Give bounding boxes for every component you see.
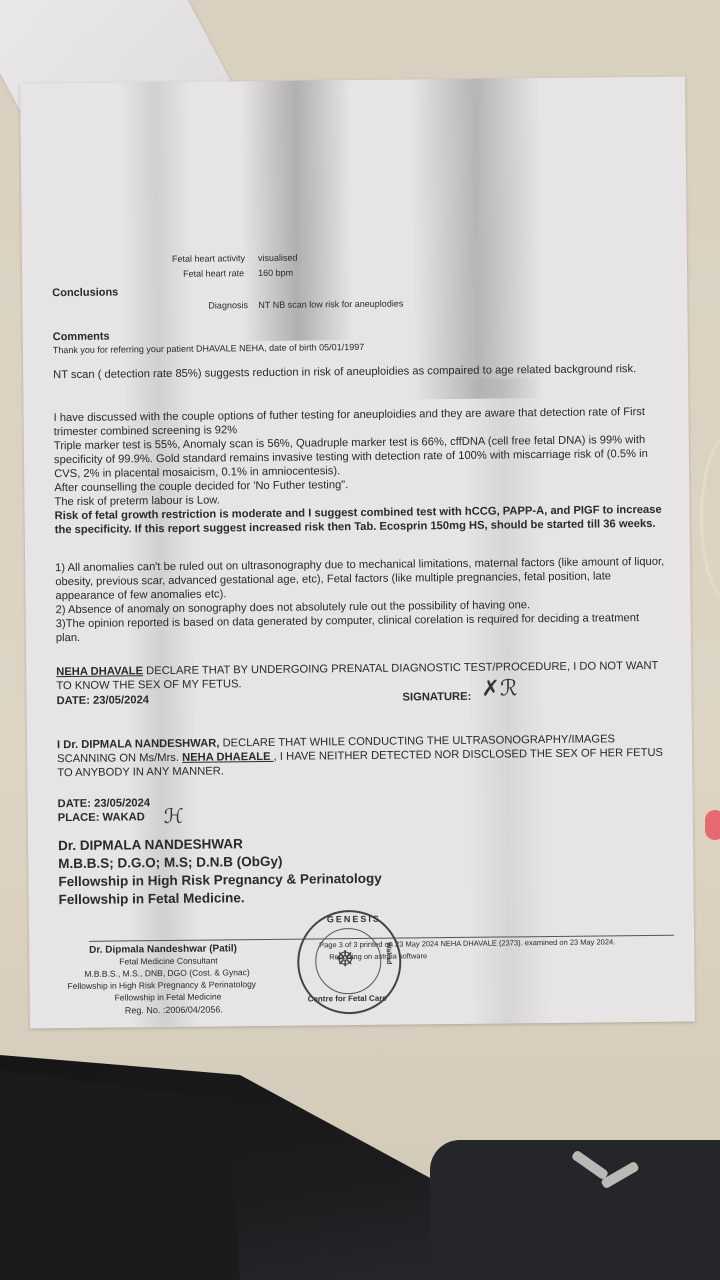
signature-label: SIGNATURE: [402,690,471,705]
report-page: Fetal heart activity visualised Fetal he… [20,77,695,1029]
zipper-pull [571,1149,610,1180]
doctor-declaration-date: DATE: 23/05/2024 [58,796,151,811]
doctor-declaration-prefix: I Dr. DIPMALA NANDESHWAR, [57,737,220,751]
patient-declaration-text: DECLARE THAT BY UNDERGOING PRENATAL DIAG… [56,660,658,692]
comments-heading: Comments [53,331,110,344]
fgr-paragraph: Risk of fetal growth restriction is mode… [55,503,665,537]
diagnosis-value: NT NB scan low risk for aneuplodies [258,299,403,311]
fetal-heart-activity-value: visualised [258,253,298,263]
footer-reg-no: Reg. No. :2006/04/2056. [125,1004,223,1015]
patient-declaration-date: DATE: 23/05/2024 [56,693,149,708]
disclaimer-3: 3)The opinion reported is based on data … [56,611,666,645]
bag-object [430,1140,720,1280]
tests-paragraph: Triple marker test is 55%, Anomaly scan … [54,433,664,481]
conclusions-heading: Conclusions [52,286,118,299]
stamp-top-text: GENESIS [327,914,381,925]
footer-qualifications: M.B.B.S., M.S., DNB, DGO (Cost. & Gynac) [84,967,249,979]
fetal-heart-rate-label: Fetal heart rate [183,268,244,279]
doctor-qualifications: M.B.B.S; D.G.O; M.S; D.N.B (ObGy) [58,854,282,871]
diagnosis-label: Diagnosis [208,300,248,310]
patient-signature-icon: ✗ℛ [481,676,517,701]
patient-declaration: NEHA DHAVALE DECLARE THAT BY UNDERGOING … [56,659,666,693]
footer-fellowship-2: Fellowship in Fetal Medicine [115,991,222,1002]
disclaimer-1: 1) All anomalies can't be ruled out on u… [55,555,665,603]
doctor-initials-icon: ℋ [164,804,184,828]
stamp-bottom-text: Centre for Fetal Care [308,994,387,1004]
doctor-declaration-place: PLACE: WAKAD [58,810,145,825]
doctor-declaration: I Dr. DIPMALA NANDESHWAR, DECLARE THAT W… [57,732,667,780]
doctor-fellowship-2: Fellowship in Fetal Medicine. [59,890,245,907]
patient-declaration-name: NEHA DHAVALE [56,665,143,678]
doctor-name: Dr. DIPMALA NANDESHWAR [58,836,243,853]
footer-fellowship-1: Fellowship in High Risk Pregnancy & Peri… [67,979,256,991]
fetal-heart-activity-label: Fetal heart activity [172,253,245,264]
red-object [705,810,720,840]
referral-line: Thank you for referring your patient DHA… [53,342,364,355]
fetal-heart-rate-value: 160 bpm [258,268,293,278]
clinic-stamp: GENESIS Centre for Fetal Care Wakad ☸ [297,910,402,1015]
doctor-declaration-patient-name: NEHA DHAEALE [182,751,274,764]
footer-title: Fetal Medicine Consultant [119,955,217,966]
footer-doctor-name: Dr. Dipmala Nandeshwar (Patil) [89,943,237,956]
doctor-fellowship-1: Fellowship in High Risk Pregnancy & Peri… [58,871,381,889]
stamp-emblem-icon: ☸ [335,946,355,972]
print-streak [410,78,543,399]
stamp-side-text: Wakad [385,942,392,964]
